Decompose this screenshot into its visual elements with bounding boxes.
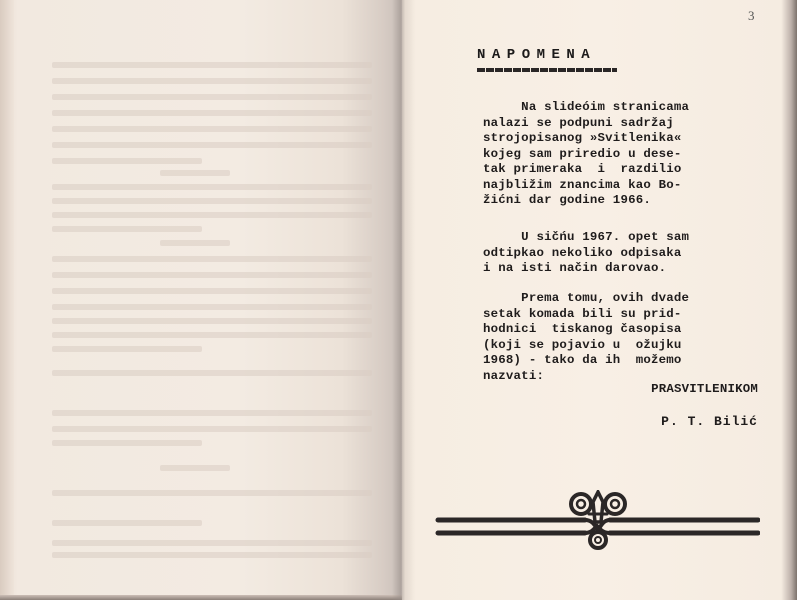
page-title: NAPOMENA	[477, 47, 596, 63]
signature: P. T. Bilić	[600, 414, 758, 429]
title-underline	[477, 68, 617, 72]
page-edge	[0, 0, 14, 600]
book-gutter	[392, 0, 414, 600]
paragraph-3: Prema tomu, ovih dvade setak komada bili…	[483, 291, 768, 384]
paragraph-2: U sičńu 1967. opet sam odtipkao nekoliko…	[483, 230, 768, 277]
paragraph-1: Na slideóim stranicama nalazi se podpuni…	[483, 100, 768, 209]
page-bottom-edge	[0, 595, 402, 600]
page-number: 3	[748, 8, 755, 24]
decorative-knot-divider-icon	[435, 490, 760, 554]
closing-word: PRASVITLENIKOM	[600, 382, 758, 396]
book-spread: 3 NAPOMENA Na slideóim stranicama nalazi…	[0, 0, 797, 600]
left-page	[0, 0, 402, 600]
